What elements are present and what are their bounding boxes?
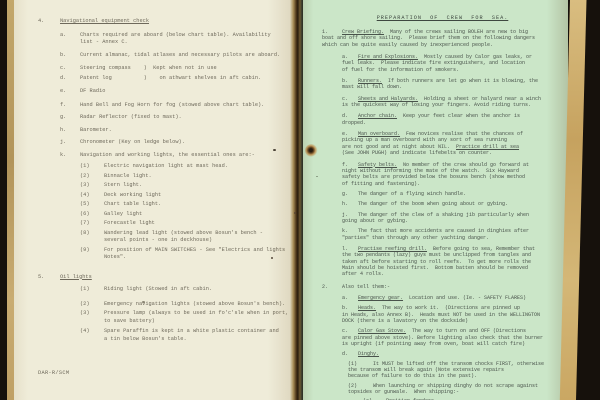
line-text: Practise reefing drill. Before going to …: [342, 246, 535, 277]
doc-line: g.The danger of a flying winch handle.: [322, 191, 563, 197]
doc-line: c.Steering compass ) Kept when not in us…: [38, 65, 290, 73]
paper-speck: [316, 176, 318, 177]
line-label: k.: [60, 152, 80, 160]
line-text: Man overboard. Few novices realise that …: [342, 131, 523, 156]
doc-line: (6)Galley light: [38, 211, 290, 219]
doc-line: (9)For position of MAIN SWITCHES - See "…: [38, 247, 290, 262]
footer-reference: DAR-R/SCM: [38, 370, 69, 376]
line-text: Steering compass ) Kept when not in use: [80, 65, 217, 71]
line-text: Crew Briefing. Many of the crews sailing…: [322, 29, 535, 48]
doc-line: f.Safety belts. No member of the crew sh…: [322, 162, 563, 187]
line-text: Deck working light: [104, 192, 161, 198]
doc-line: (3)Stern light.: [38, 182, 290, 190]
line-label: (1): [80, 163, 104, 171]
line-text: Runners. If both runners are let go when…: [342, 78, 538, 90]
line-label: (2): [80, 301, 104, 309]
line-label: (6): [80, 211, 104, 219]
doc-line: f.Hand Bell and Fog Horn for fog (stowed…: [38, 102, 290, 110]
line-label: a.: [342, 295, 358, 301]
line-text: Radar Reflector (fixed to mast).: [80, 114, 182, 120]
doc-line: (8)Wandering lead light (stowed above Bo…: [38, 230, 290, 245]
doc-line: d.Anchor chain. Keep your feet clear whe…: [322, 113, 563, 126]
line-text: Heads. The way to work it. (Directions a…: [342, 305, 540, 324]
paper-speck: [294, 212, 296, 214]
line-text: The fact that more accidents are caused …: [342, 228, 529, 240]
doc-line: b.Current almanac, tidal atlases and nec…: [38, 52, 290, 60]
line-label: (7): [80, 220, 104, 228]
doc-line: a.Emergency gear. Location and use. (Ie.…: [322, 295, 563, 301]
line-text: The danger of a flying winch handle.: [358, 191, 466, 197]
line-text: Hand Bell and Fog Horn for fog (stowed a…: [80, 102, 264, 108]
line-label: d.: [60, 75, 80, 83]
line-text: Riding light (Stowed in aft cabin.: [104, 286, 212, 292]
line-text: Wandering lead light (stowed above Bosun…: [104, 230, 263, 244]
line-text: Forecastle light: [104, 220, 155, 226]
doc-line: b.Heads. The way to work it. (Directions…: [322, 305, 563, 324]
line-text: Navigation and working lights, the essen…: [80, 152, 255, 158]
doc-line: (2)Binnacle light.: [38, 173, 290, 181]
line-label: (3): [80, 310, 104, 318]
doc-line: (1)It MUST be lifted off the transom cho…: [322, 361, 563, 380]
line-label: (8): [80, 230, 104, 238]
doc-line: 4.Navigational equipment check: [38, 18, 290, 26]
line-text: Chronometer (Key on ledge below).: [80, 139, 185, 145]
line-text: Emergency navigation lights (stowed abov…: [104, 301, 285, 307]
doc-line: b.Runners. If both runners are let go wh…: [322, 78, 563, 91]
line-label: (1): [80, 286, 104, 294]
line-label: (2): [80, 173, 104, 181]
doc-line: j.The danger of the clew of a shaking ji…: [322, 212, 563, 225]
line-text: Galley light: [104, 211, 142, 217]
line-text: The danger of the boom when going about …: [358, 201, 508, 207]
line-label: g.: [60, 114, 80, 122]
line-label: f.: [60, 102, 80, 110]
scanned-document-spread: 4.Navigational equipment check a.Charts …: [0, 0, 600, 400]
doc-line: (1)Riding light (Stowed in aft cabin.: [38, 286, 290, 294]
line-label: a.: [60, 32, 80, 40]
paper-speck: [142, 301, 145, 303]
line-text: Sheets and Halyards. Holding a sheet or …: [342, 96, 541, 108]
doc-line: j.Chronometer (Key on ledge below).: [38, 139, 290, 147]
line-label: c.: [60, 65, 80, 73]
doc-line: d.Patent log ) on athwart shelves in aft…: [38, 75, 290, 83]
line-label: h.: [60, 127, 80, 135]
line-label: (5): [80, 201, 104, 209]
line-text: For position of MAIN SWITCHES - See "Ele…: [104, 247, 285, 261]
line-text: Electric navigation light at mast head.: [104, 163, 228, 169]
doc-line: (1)Electric navigation light at mast hea…: [38, 163, 290, 171]
line-text: Barometer.: [80, 127, 112, 133]
doc-line: (2)Emergency navigation lights (stowed a…: [38, 301, 290, 309]
doc-line: 2.Also tell them:-: [322, 284, 563, 290]
paper-speck: [273, 149, 276, 151]
line-text: Dinghy.: [358, 351, 379, 357]
line-label: g.: [342, 191, 358, 197]
line-text: Pressure lamp (always to be used in fo'c…: [104, 310, 288, 324]
doc-line: 1.Crew Briefing. Many of the crews saili…: [322, 29, 563, 48]
line-label: j.: [60, 139, 80, 147]
doc-line: (5)Chart table light.: [38, 201, 290, 209]
doc-line: (4)Deck working light: [38, 192, 290, 200]
line-label: 2.: [322, 284, 342, 290]
hole-punch: [305, 144, 318, 157]
line-label: (4): [80, 192, 104, 200]
line-text: Spare Paraffin is kept in a white plasti…: [104, 328, 279, 342]
line-text: Chart table light.: [104, 201, 161, 207]
doc-line: 5.Oil lights: [38, 274, 290, 282]
line-label: (3): [80, 182, 104, 190]
line-text: Anchor chain. Keep your feet clear when …: [342, 113, 520, 125]
line-text: Stern light.: [104, 182, 142, 188]
page-title: PREPARATION OF CREW FOR SEA.: [322, 15, 563, 22]
doc-line: k.Navigation and working lights, the ess…: [38, 152, 290, 160]
right-page-text: PREPARATION OF CREW FOR SEA. 1.Crew Brie…: [322, 15, 563, 400]
line-text: Binnacle light.: [104, 173, 152, 179]
doc-line: c.Sheets and Halyards. Holding a sheet o…: [322, 96, 563, 109]
doc-line: h.Barometer.: [38, 127, 290, 135]
line-label: 4.: [38, 18, 60, 26]
line-label: (4): [80, 328, 104, 336]
doc-line: g.Radar Reflector (fixed to mast).: [38, 114, 290, 122]
line-text: It MUST be lifted off the transom chocks…: [348, 361, 544, 380]
left-page-text: 4.Navigational equipment check a.Charts …: [38, 18, 290, 343]
line-text: Current almanac, tidal atlases and neces…: [80, 52, 280, 58]
doc-line: c.Calor Gas Stove. The way to turn on an…: [322, 328, 563, 347]
doc-line: k.The fact that more accidents are cause…: [322, 228, 563, 241]
right-page: PREPARATION OF CREW FOR SEA. 1.Crew Brie…: [303, 0, 568, 400]
line-label: h.: [342, 201, 358, 207]
line-text: DF Radio: [80, 88, 105, 94]
line-label: (9): [80, 247, 104, 255]
line-text: When launching or shipping dinghy do not…: [348, 383, 538, 395]
line-text: Charts required are aboard (below chart …: [80, 32, 271, 46]
line-text: Oil lights: [60, 274, 92, 280]
line-text: Calor Gas Stove. The way to turn on and …: [342, 328, 543, 347]
doc-line: d.Dinghy.: [322, 351, 563, 357]
doc-line: e.DF Radio: [38, 88, 290, 96]
line-text: Also tell them:-: [342, 284, 390, 290]
line-label: d.: [342, 351, 358, 357]
line-label: 5.: [38, 274, 60, 282]
paper-speck: [271, 257, 273, 259]
left-page: 4.Navigational equipment check a.Charts …: [14, 0, 293, 400]
doc-line: a.Charts required are aboard (below char…: [38, 32, 290, 47]
line-label: e.: [60, 88, 80, 96]
doc-line: l.Practise reefing drill. Before going t…: [322, 246, 563, 278]
doc-line: (7)Forecastle light: [38, 220, 290, 228]
line-text: Patent log ) on athwart shelves in aft c…: [80, 75, 261, 81]
line-label: b.: [60, 52, 80, 60]
doc-line: (2)When launching or shipping dinghy do …: [322, 383, 563, 396]
line-text: Fire and Explosions. Mostly caused by Ca…: [342, 54, 532, 73]
doc-line: e.Man overboard. Few novices realise tha…: [322, 131, 563, 156]
doc-line: (4)Spare Paraffin is kept in a white pla…: [38, 328, 290, 343]
doc-line: a.Fire and Explosions. Mostly caused by …: [322, 54, 563, 73]
line-text: The danger of the clew of a shaking jib …: [342, 212, 529, 224]
line-text: Navigational equipment check: [60, 18, 149, 24]
right-page-lines: 1.Crew Briefing. Many of the crews saili…: [322, 29, 563, 400]
line-text: Safety belts. No member of the crew shou…: [342, 162, 529, 187]
doc-line: (3)Pressure lamp (always to be used in f…: [38, 310, 290, 325]
line-text: Emergency gear. Location and use. (Ie. -…: [358, 295, 526, 301]
doc-line: h.The danger of the boom when going abou…: [322, 201, 563, 207]
